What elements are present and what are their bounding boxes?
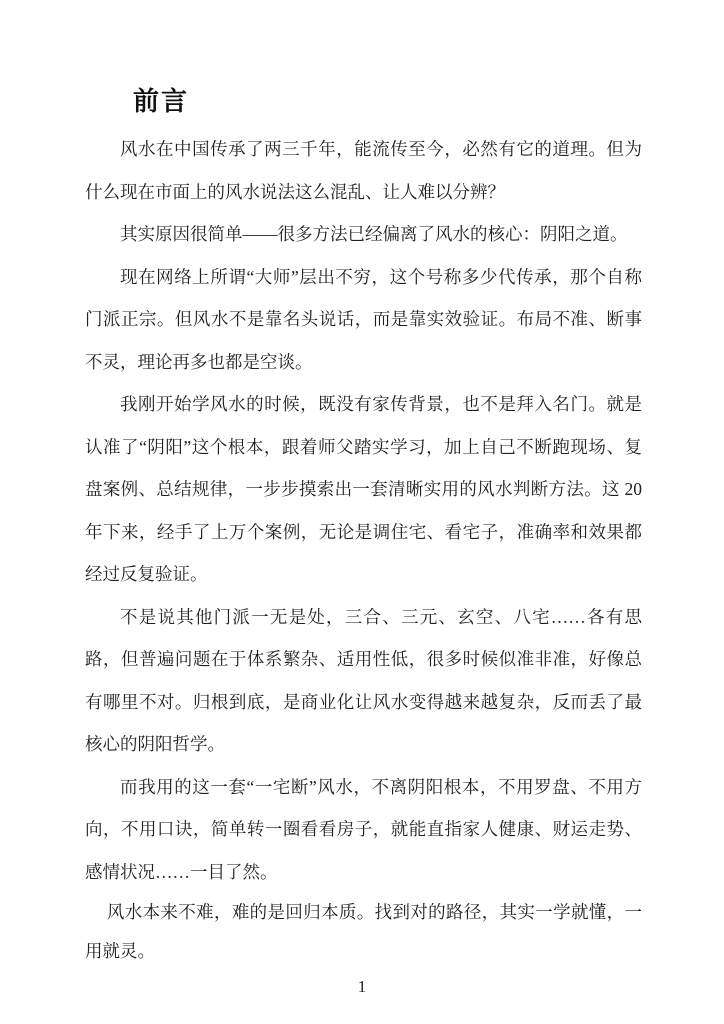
- document-page: 前言 风水在中国传承了两三千年，能流传至今，必然有它的道理。但为什么现在市面上的…: [0, 0, 724, 1024]
- paragraph-3: 现在网络上所谓“大师”层出不穷，这个号称多少代传承，那个自称门派正宗。但风水不是…: [85, 256, 642, 384]
- page-number: 1: [0, 976, 724, 998]
- paragraph-7: 风水本来不难，难的是回归本质。找到对的路径，其实一学就懂，一用就灵。: [85, 893, 642, 971]
- paragraph-2: 其实原因很简单——很多方法已经偏离了风水的核心：阴阳之道。: [85, 213, 642, 256]
- document-title: 前言: [133, 86, 642, 116]
- paragraph-6: 而我用的这一套“一宅断”风水，不离阴阳根本，不用罗盘、不用方向，不用口诀，简单转…: [85, 766, 642, 894]
- page-content: 前言 风水在中国传承了两三千年，能流传至今，必然有它的道理。但为什么现在市面上的…: [85, 80, 642, 971]
- paragraph-5: 不是说其他门派一无是处，三合、三元、玄空、八宅……各有思路，但普遍问题在于体系繁…: [85, 596, 642, 766]
- paragraph-1: 风水在中国传承了两三千年，能流传至今，必然有它的道理。但为什么现在市面上的风水说…: [85, 128, 642, 213]
- paragraph-4: 我刚开始学风水的时候，既没有家传背景，也不是拜入名门。就是认准了“阴阳”这个根本…: [85, 383, 642, 596]
